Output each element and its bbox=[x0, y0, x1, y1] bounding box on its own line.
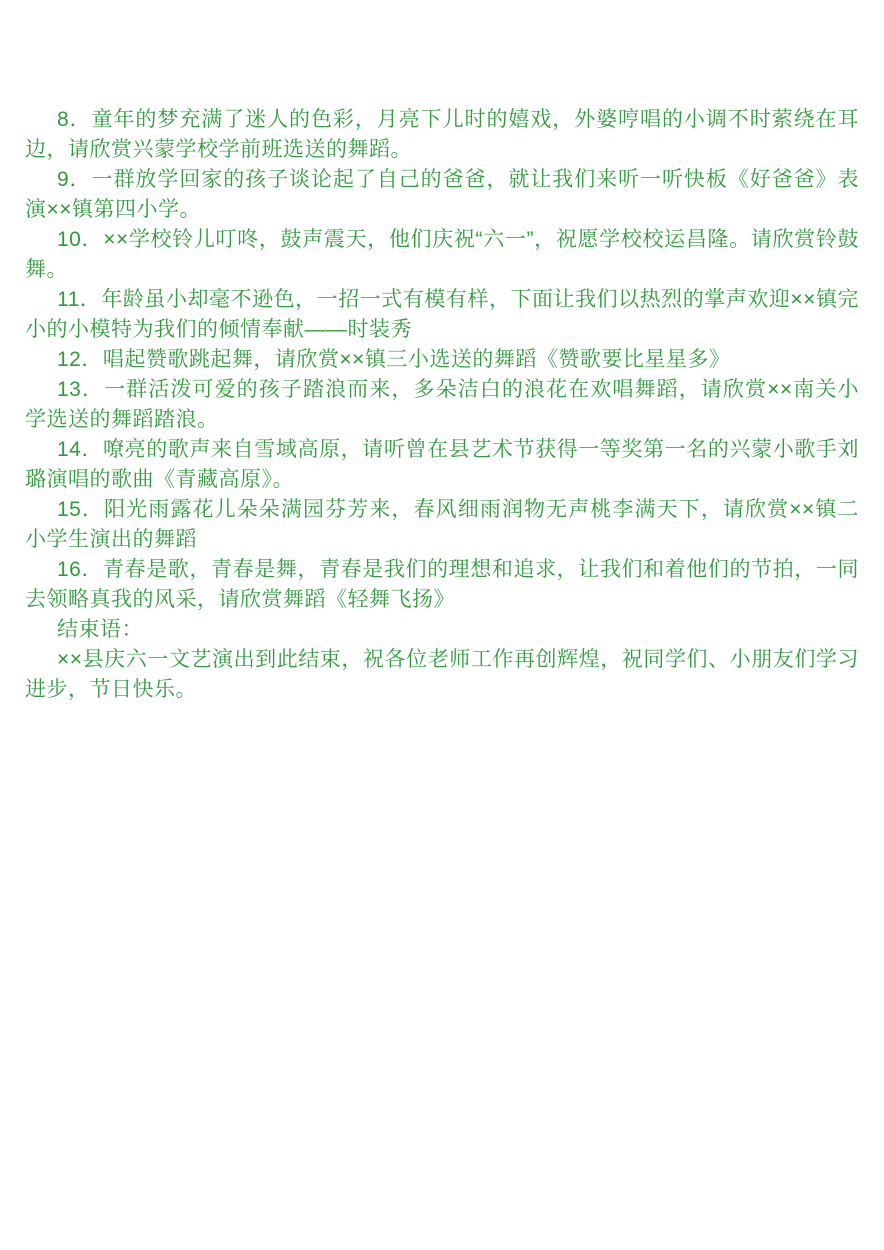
closing-paragraph: ××县庆六一文艺演出到此结束，祝各位老师工作再创辉煌，祝同学们、小朋友们学习进步… bbox=[25, 645, 859, 705]
program-item-14: 14．嘹亮的歌声来自雪域高原，请听曾在县艺术节获得一等奖第一名的兴蒙小歌手刘璐演… bbox=[25, 435, 859, 495]
program-item-10: 10．××学校铃儿叮咚，鼓声震天，他们庆祝“六一”，祝愿学校校运昌隆。请欣赏铃鼓… bbox=[25, 225, 859, 285]
program-item-13: 13．一群活泼可爱的孩子踏浪而来，多朵洁白的浪花在欢唱舞蹈，请欣赏××南关小学选… bbox=[25, 375, 859, 435]
document-page: 8．童年的梦充满了迷人的色彩，月亮下儿时的嬉戏，外婆哼唱的小调不时萦绕在耳边，请… bbox=[0, 0, 884, 1250]
program-item-12: 12．唱起赞歌跳起舞，请欣赏××镇三小选送的舞蹈《赞歌要比星星多》 bbox=[25, 345, 859, 375]
program-item-9: 9．一群放学回家的孩子谈论起了自己的爸爸，就让我们来听一听快板《好爸爸》表演××… bbox=[25, 165, 859, 225]
closing-heading: 结束语： bbox=[25, 615, 859, 645]
program-item-15: 15．阳光雨露花儿朵朵满园芬芳来，春风细雨润物无声桃李满天下，请欣赏××镇二小学… bbox=[25, 495, 859, 555]
program-item-16: 16．青春是歌，青春是舞，青春是我们的理想和追求，让我们和着他们的节拍，一同去领… bbox=[25, 555, 859, 615]
program-item-8: 8．童年的梦充满了迷人的色彩，月亮下儿时的嬉戏，外婆哼唱的小调不时萦绕在耳边，请… bbox=[25, 105, 859, 165]
program-item-11: 11．年龄虽小却毫不逊色，一招一式有模有样，下面让我们以热烈的掌声欢迎××镇完小… bbox=[25, 285, 859, 345]
